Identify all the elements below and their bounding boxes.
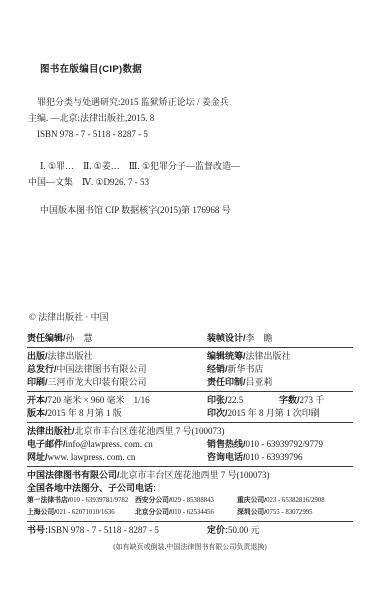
- field-label: 印张/: [207, 395, 228, 405]
- field-value: 法律出版社: [246, 351, 291, 361]
- colophon-row: 法律出版社/北京市丰台区莲花池西里 7 号(100073): [27, 425, 353, 438]
- colophon-group-price: 书号:ISBN 978 - 7 - 5118 - 8287 - 5 定价:50.…: [27, 521, 353, 539]
- field-value: 孙 慧: [66, 333, 93, 343]
- field-label: 编辑统筹/: [207, 351, 246, 361]
- cip-record-number: 中国版本图书馆 CIP 数据核字(2015)第 176968 号: [40, 203, 231, 216]
- field-value: 010 - 63939781/9782: [70, 497, 129, 504]
- colophon-field: 法律出版社/北京市丰台区莲花池西里 7 号(100073): [27, 425, 225, 438]
- colophon-row: 总发行/中国法律图书有限公司 经销/新华书店: [27, 363, 353, 376]
- colophon-field: 印次/2015 年 8 月第 1 次印刷: [207, 407, 320, 420]
- field-value: 三河市龙大印装有限公司: [48, 377, 147, 387]
- field-value: 李 瞻: [246, 333, 273, 343]
- field-label: 书号:: [27, 525, 48, 535]
- field-label: 开本/: [27, 395, 48, 405]
- field-value: 22.5: [228, 395, 244, 405]
- field-label: 法律出版社/: [27, 426, 75, 436]
- field-label: 责任编辑/: [27, 333, 66, 343]
- field-value: 50.00 元: [228, 525, 260, 535]
- colophon-field: 经销/新华书店: [207, 363, 264, 376]
- colophon-field: 开本/720 毫米 × 960 毫米 1/16: [27, 394, 207, 407]
- colophon-row: 出版/法律出版社 编辑统筹/法律出版社: [27, 350, 353, 363]
- field-label: 印次/: [207, 408, 228, 418]
- field-label: 出版/: [27, 351, 48, 361]
- field-label: 字数/: [279, 395, 300, 405]
- return-policy-note: (如有缺页或倒装,中国法律图书有限公司负责退换): [27, 542, 353, 552]
- colophon-row: 印刷/三河市龙大印装有限公司 责任印制/吕亚莉: [27, 376, 353, 389]
- field-label: 重庆公司/: [237, 497, 266, 504]
- colophon-row: 版本/2015 年 8 月第 1 版 印次/2015 年 8 月第 1 次印刷: [27, 407, 353, 420]
- colophon-field: 西安分公司/029 - 85388843: [135, 495, 237, 507]
- field-label: 版本/: [27, 408, 48, 418]
- classification-line-2: 中国—文集 Ⅳ. ①D926. 7 - 53: [28, 174, 354, 190]
- colophon-group-publishing: 出版/法律出版社 编辑统筹/法律出版社 总发行/中国法律图书有限公司 经销/新华…: [27, 347, 353, 391]
- colophon-field: 咨询电话/010 - 63939796: [207, 451, 303, 464]
- colophon-row: 全国各地中法图分、子公司电话:: [27, 482, 353, 495]
- field-label: 责任印制/: [207, 377, 246, 387]
- colophon-field: 印张/22.5: [207, 394, 279, 407]
- field-value: www. lawpress. com. cn: [48, 452, 136, 462]
- colophon-field: 责任印制/吕亚莉: [207, 376, 273, 389]
- book-copyright-page: 图书在版编目(CIP)数据 罪犯分类与处遇研究:2015 监狱矫正论坛 / 姜金…: [0, 0, 374, 590]
- field-value: 010 - 63939792/9779: [246, 439, 324, 449]
- colophon-field: 重庆公司/023 - 65382816/2908: [237, 495, 325, 507]
- field-label: 定价:: [207, 525, 228, 535]
- field-value: 023 - 65382816/2908: [266, 497, 325, 504]
- book-title-line-1: 罪犯分类与处遇研究:2015 监狱矫正论坛 / 姜金兵: [28, 94, 354, 110]
- classification-line-1: Ⅰ. ①罪… Ⅱ. ①姜… Ⅲ. ①犯罪分子—监督改造—: [28, 158, 354, 174]
- colophon-field: 中国法律图书有限公司/北京市丰台区莲花池西里 7 号(100073): [27, 469, 270, 482]
- field-value: 新华书店: [228, 364, 264, 374]
- field-value: 2015 年 8 月第 1 版: [48, 408, 122, 418]
- colophon-group-press-contact: 法律出版社/北京市丰台区莲花池西里 7 号(100073) 电子邮件/info@…: [27, 422, 353, 466]
- colophon-group-branches: 中国法律图书有限公司/北京市丰台区莲花池西里 7 号(100073) 全国各地中…: [27, 466, 353, 521]
- field-value: info@lawpress. com. cn: [66, 439, 153, 449]
- colophon-row: 上海公司/021 - 62071010/1636 北京分公司/010 - 625…: [27, 507, 353, 519]
- field-label: 装帧设计/: [207, 333, 246, 343]
- colophon-field: 字数/273 千: [279, 394, 324, 407]
- field-value: 北京市丰台区莲花池西里 7 号(100073): [120, 470, 270, 480]
- field-label: 总发行/: [27, 364, 57, 374]
- field-value: 010 - 62534456: [171, 509, 214, 516]
- field-label: 印刷/: [27, 377, 48, 387]
- field-value: 吕亚莉: [246, 377, 273, 387]
- colophon-field: 网址/www. lawpress. com. cn: [27, 451, 207, 464]
- field-value: ISBN 978 - 7 - 5118 - 8287 - 5: [48, 525, 159, 535]
- field-value: 中国法律图书有限公司: [57, 364, 147, 374]
- field-label: 中国法律图书有限公司/: [27, 470, 120, 480]
- field-label: 网址/: [27, 452, 48, 462]
- colophon-field: 电子邮件/info@lawpress. com. cn: [27, 438, 207, 451]
- field-label: 电子邮件/: [27, 439, 66, 449]
- colophon-row: 第一法律书店/010 - 63939781/9782 西安分公司/029 - 8…: [27, 495, 353, 507]
- field-label: 上海公司/: [27, 509, 56, 516]
- cip-data-header: 图书在版编目(CIP)数据: [40, 61, 142, 75]
- field-label: 西安分公司/: [135, 497, 171, 504]
- colophon-row: 中国法律图书有限公司/北京市丰台区莲花池西里 7 号(100073): [27, 469, 353, 482]
- colophon-field: 编辑统筹/法律出版社: [207, 350, 291, 363]
- colophon-row: 责任编辑/孙 慧 装帧设计/李 瞻: [27, 332, 353, 345]
- isbn-line: ISBN 978 - 7 - 5118 - 8287 - 5: [28, 126, 354, 142]
- copyright-notice: © 法律出版社 · 中国: [29, 310, 109, 323]
- colophon-field: 上海公司/021 - 62071010/1636: [27, 507, 135, 519]
- field-label: 咨询电话/: [207, 452, 246, 462]
- colophon-row: 网址/www. lawpress. com. cn 咨询电话/010 - 639…: [27, 451, 353, 464]
- cip-title-paragraph: 罪犯分类与处遇研究:2015 监狱矫正论坛 / 姜金兵 主编. —北京:法律出版…: [28, 94, 354, 142]
- colophon-row: 开本/720 毫米 × 960 毫米 1/16 印张/22.5 字数/273 千: [27, 394, 353, 407]
- field-label: 北京分公司/: [135, 509, 171, 516]
- colophon-row: 电子邮件/info@lawpress. com. cn 销售热线/010 - 6…: [27, 438, 353, 451]
- colophon-field: 总发行/中国法律图书有限公司: [27, 363, 207, 376]
- colophon-row: 书号:ISBN 978 - 7 - 5118 - 8287 - 5 定价:50.…: [27, 524, 353, 537]
- colophon-group-format: 开本/720 毫米 × 960 毫米 1/16 印张/22.5 字数/273 千…: [27, 391, 353, 422]
- colophon-field: 印刷/三河市龙大印装有限公司: [27, 376, 207, 389]
- field-label: 销售热线/: [207, 439, 246, 449]
- field-value: 北京市丰台区莲花池西里 7 号(100073): [75, 426, 225, 436]
- field-value: 021 - 62071010/1636: [56, 509, 115, 516]
- colophon-field: 深圳公司/0755 - 83072995: [237, 507, 313, 519]
- colophon-field: 北京分公司/010 - 62534456: [135, 507, 237, 519]
- field-value: 010 - 63939796: [246, 452, 303, 462]
- field-value: 273 千: [300, 395, 325, 405]
- field-value: 2015 年 8 月第 1 次印刷: [228, 408, 320, 418]
- colophon-field: 书号:ISBN 978 - 7 - 5118 - 8287 - 5: [27, 524, 207, 537]
- colophon-field: 全国各地中法图分、子公司电话:: [27, 482, 156, 495]
- field-label: 经销/: [207, 364, 228, 374]
- book-title-line-2: 主编. —北京:法律出版社,2015. 8: [28, 110, 354, 126]
- cip-classification: Ⅰ. ①罪… Ⅱ. ①姜… Ⅲ. ①犯罪分子—监督改造— 中国—文集 Ⅳ. ①D…: [28, 158, 354, 190]
- field-label: 全国各地中法图分、子公司电话:: [27, 483, 156, 493]
- colophon: 责任编辑/孙 慧 装帧设计/李 瞻 出版/法律出版社 编辑统筹/法律出版社 总发…: [27, 330, 353, 552]
- field-value: 法律出版社: [48, 351, 93, 361]
- field-value: 720 毫米 × 960 毫米 1/16: [48, 395, 150, 405]
- field-value: 0755 - 83072995: [266, 509, 312, 516]
- colophon-field: 责任编辑/孙 慧: [27, 332, 207, 345]
- colophon-field: 销售热线/010 - 63939792/9779: [207, 438, 323, 451]
- field-value: 029 - 85388843: [171, 497, 214, 504]
- colophon-field: 出版/法律出版社: [27, 350, 207, 363]
- colophon-field: 第一法律书店/010 - 63939781/9782: [27, 495, 135, 507]
- colophon-field: 版本/2015 年 8 月第 1 版: [27, 407, 207, 420]
- field-label: 深圳公司/: [237, 509, 266, 516]
- colophon-group-editors: 责任编辑/孙 慧 装帧设计/李 瞻: [27, 330, 353, 347]
- colophon-field: 定价:50.00 元: [207, 524, 260, 537]
- colophon-field: 装帧设计/李 瞻: [207, 332, 273, 345]
- field-label: 第一法律书店/: [27, 497, 70, 504]
